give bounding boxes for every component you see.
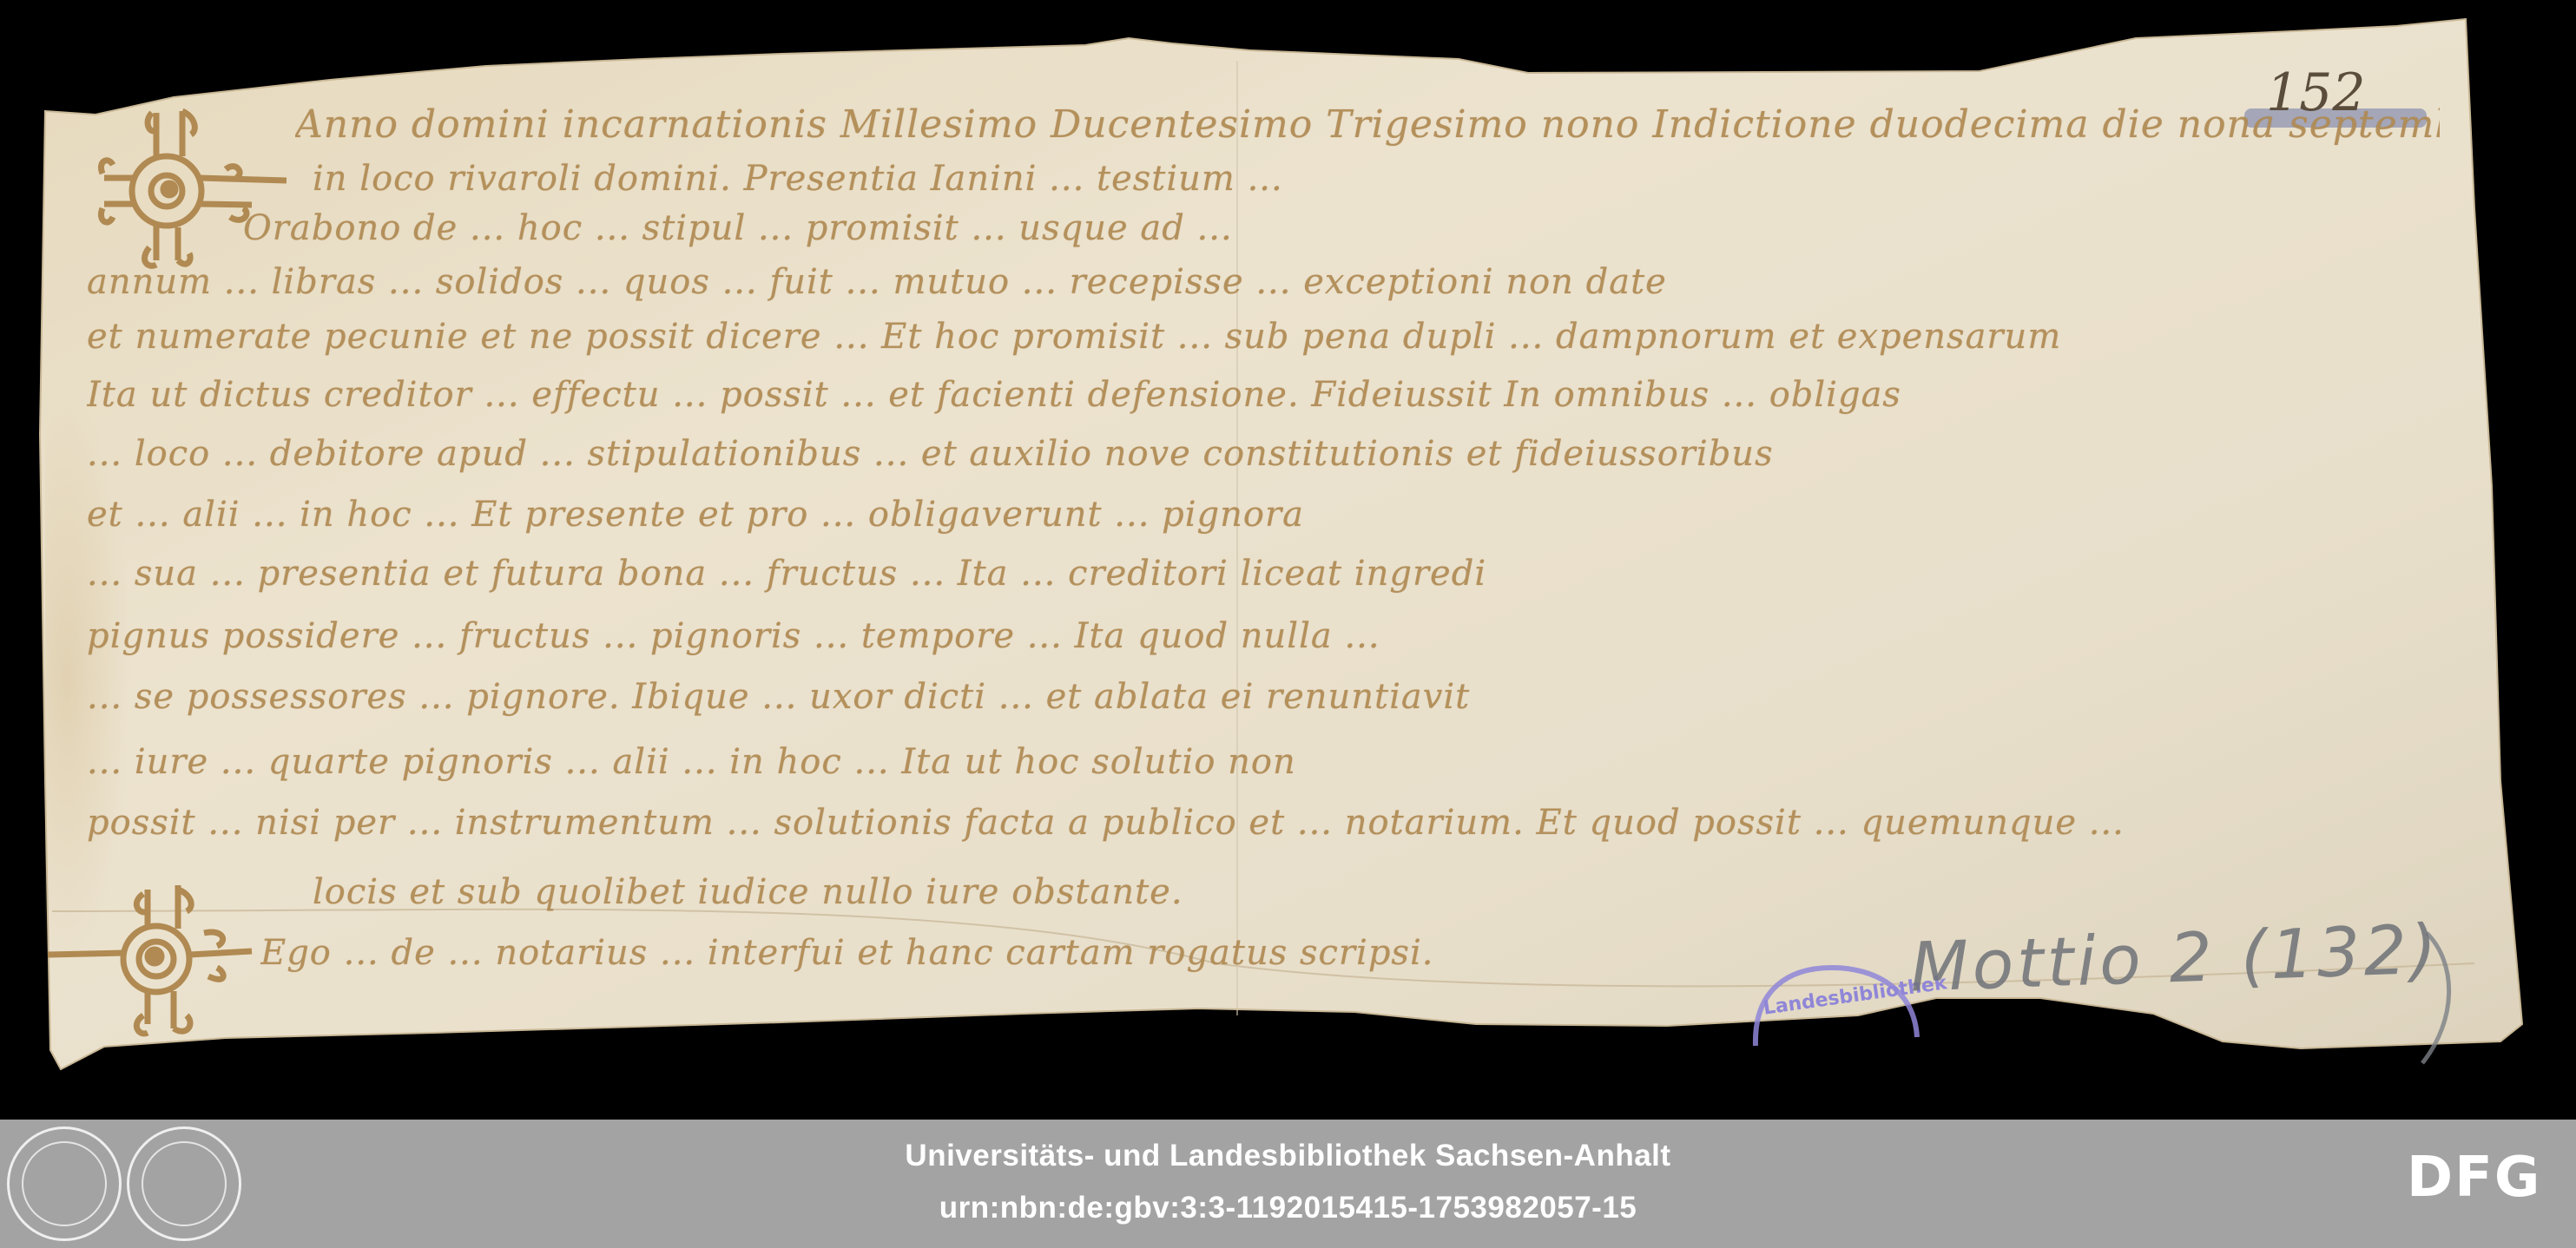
text-line: annum ... libras ... solidos ... quos ..… <box>87 262 2457 302</box>
dfg-logo-icon: DFG <box>2407 1146 2541 1210</box>
text-line: pignus possidere ... fructus ... pignori… <box>87 616 2492 656</box>
text-line: et ... alii ... in hoc ... Et presente e… <box>87 495 2474 535</box>
text-line: ... iure ... quarte pignoris ... alii ..… <box>87 742 2500 782</box>
institution-name: Universitäts- und Landesbibliothek Sachs… <box>0 1139 2576 1173</box>
text-line: ... loco ... debitore apud ... stipulati… <box>87 434 2466 474</box>
text-line: et numerate pecunie et ne possit dicere … <box>87 317 2457 357</box>
text-line: ... sua ... presentia et futura bona ...… <box>87 554 2483 594</box>
text-line: in loco rivaroli domini. Presentia Ianin… <box>313 159 2440 199</box>
text-line: ... se possessores ... pignore. Ibique .… <box>87 677 2500 717</box>
text-line: Ita ut dictus creditor ... effectu ... p… <box>87 375 2466 415</box>
text-line: possit ... nisi per ... instrumentum ...… <box>87 803 2509 843</box>
text-line: Anno domini incarnationis Millesimo Duce… <box>295 102 2440 147</box>
footer-banner: Universitäts- und Landesbibliothek Sachs… <box>0 1120 2576 1248</box>
text-line: Orabono de ... hoc ... stipul ... promis… <box>243 208 2457 248</box>
text-line: locis et sub quolibet iudice nullo iure … <box>313 872 1268 912</box>
document-viewer: 152 Anno domini incarnationis Millesimo … <box>0 0 2576 1120</box>
text-line: Ego ... de ... notarius ... interfui et … <box>260 933 1754 973</box>
urn-identifier: urn:nbn:de:gbv:3:3-1192015415-1753982057… <box>0 1191 2576 1225</box>
